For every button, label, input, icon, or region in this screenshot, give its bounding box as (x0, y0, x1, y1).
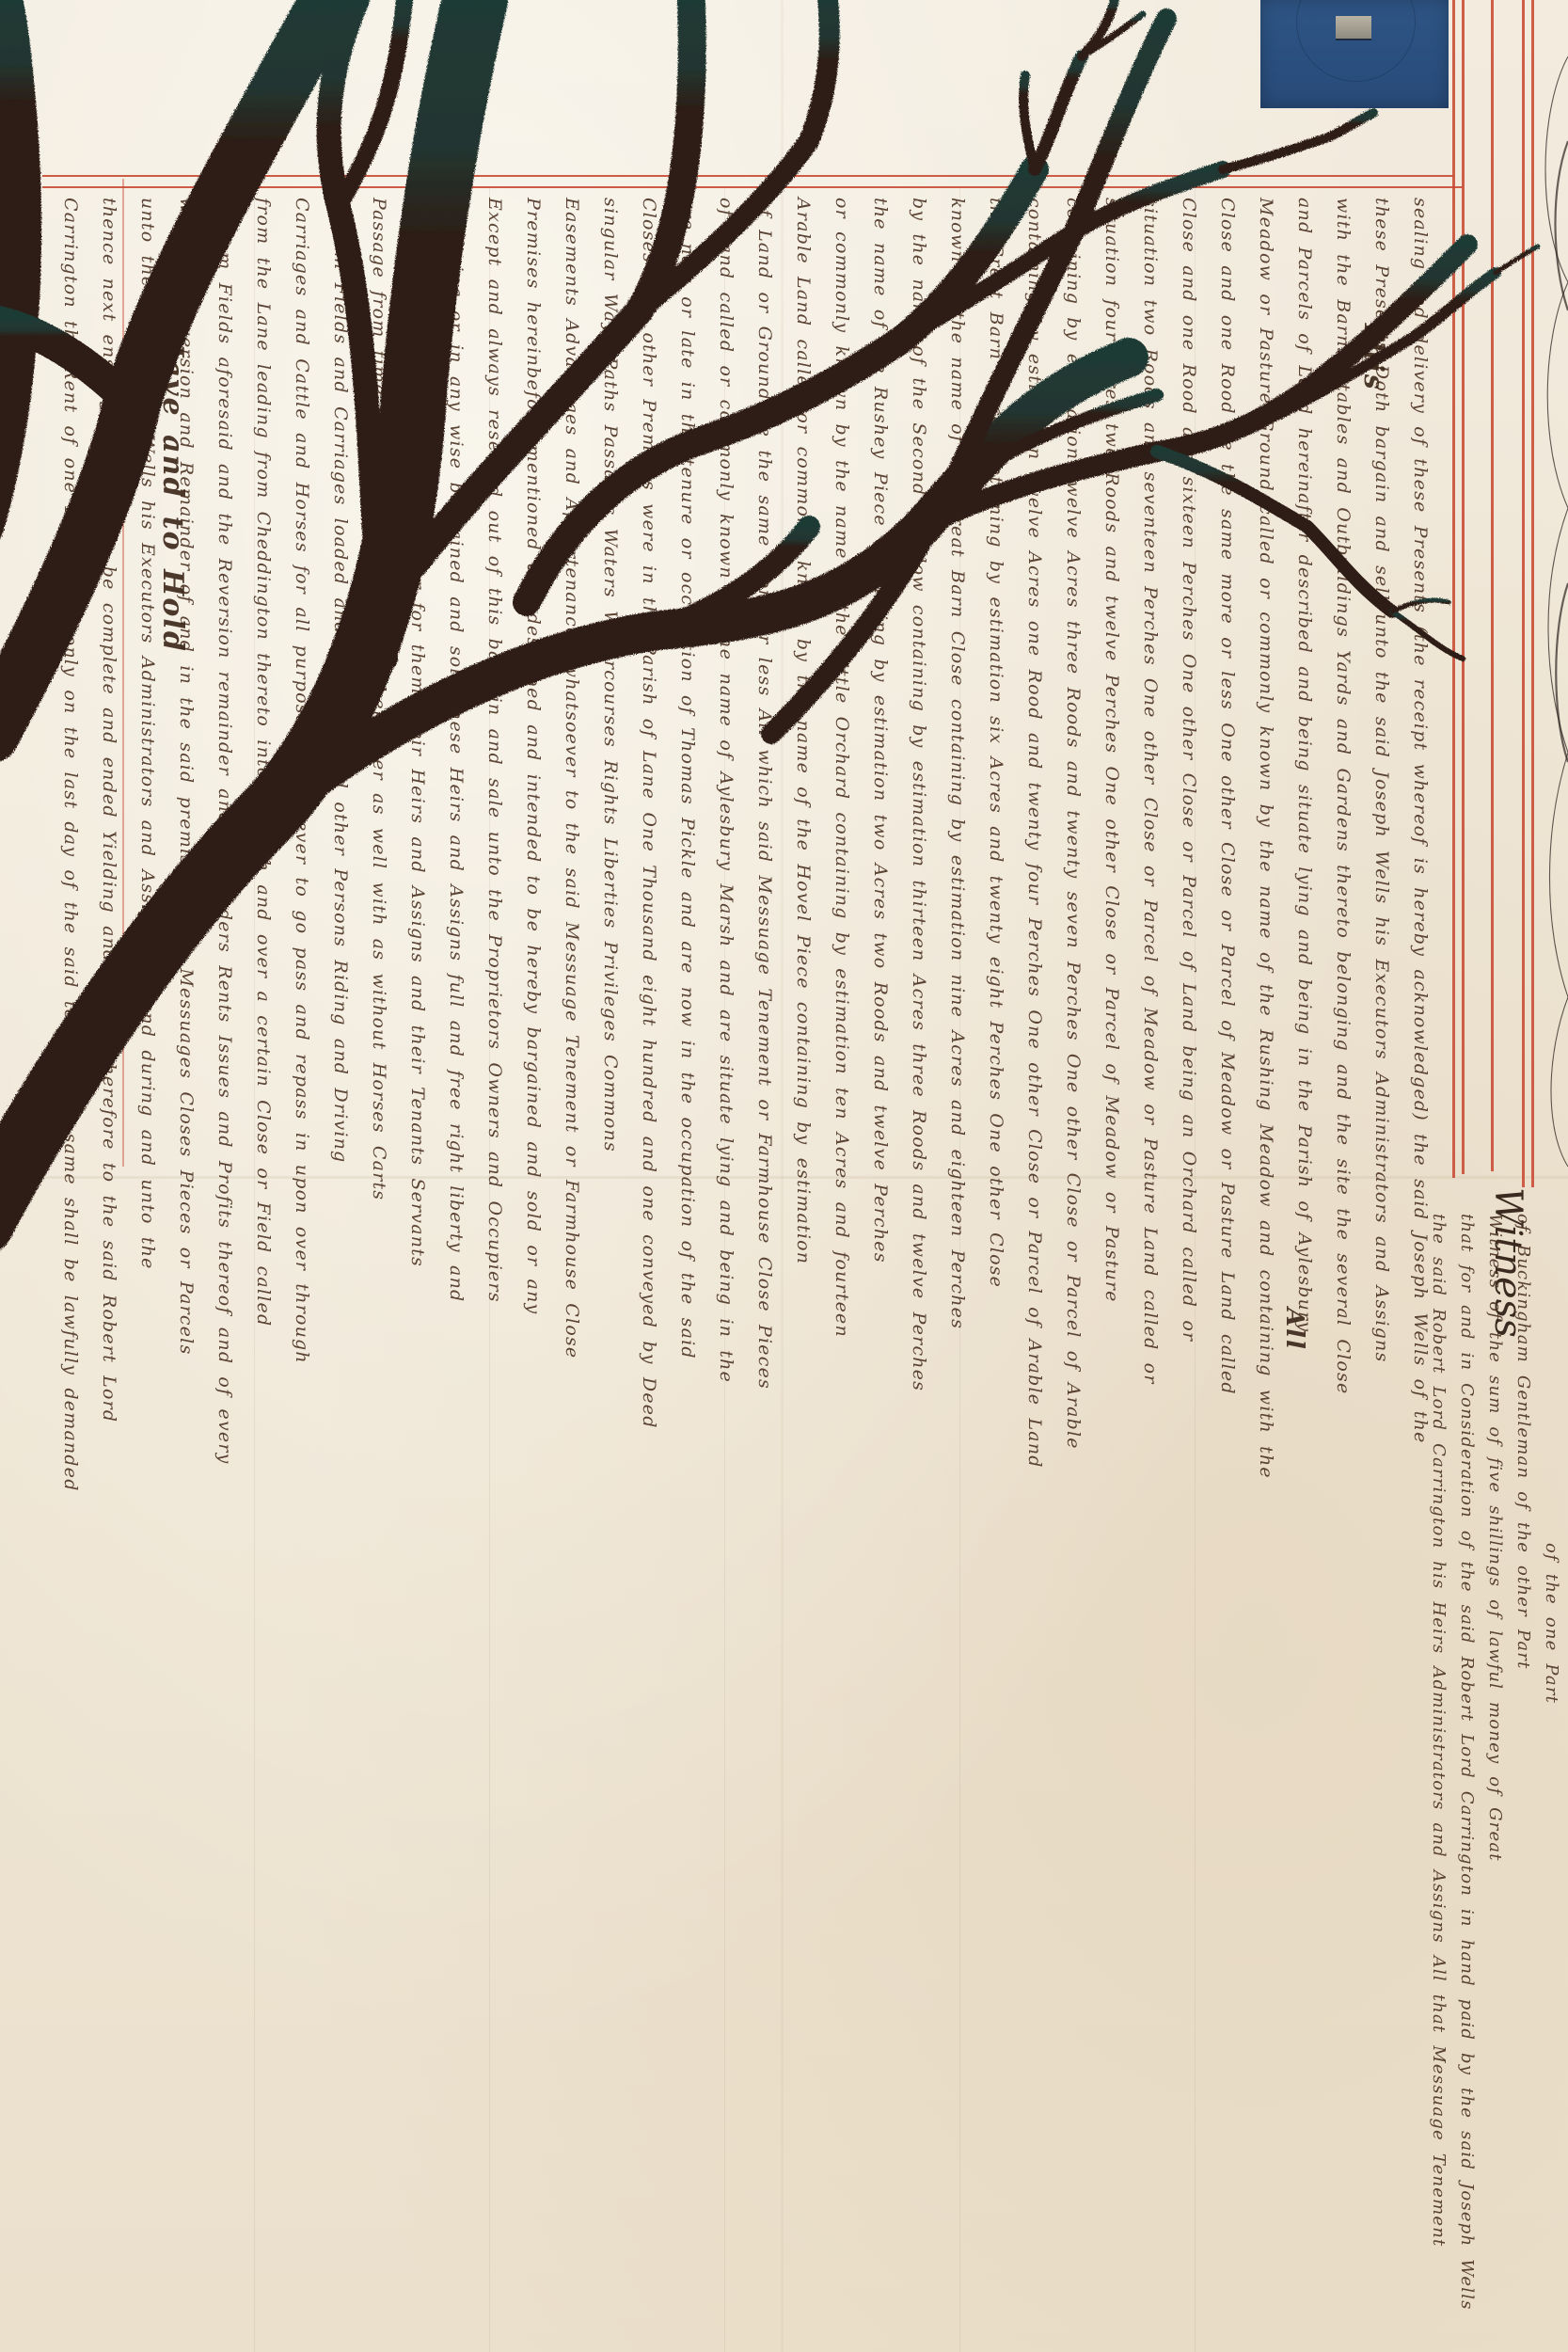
red-rule-vertical-1 (1452, 0, 1455, 1178)
deed-margin-line: that for and in Consideration of the sai… (1458, 1214, 1475, 2311)
deed-margin-line: of Buckingham Gentleman of the other Par… (1514, 1214, 1531, 1670)
deed-text-line: are now or late in the tenure or occupat… (678, 198, 696, 1359)
blue-seal (1260, 0, 1449, 108)
red-rule-top-2 (42, 186, 1463, 188)
deed-text-line: the Great Barn Close containing by estim… (987, 198, 1005, 1288)
deed-margin-line: Witness of the sum of five shillings of … (1486, 1214, 1503, 1862)
deed-text-line: Arable Land called or commonly known by … (794, 198, 812, 1264)
deed-text-line: Carrington the Rent of one Peppercorn on… (61, 198, 79, 1492)
deed-text-line: Except and always reserved out of this b… (485, 198, 503, 1303)
paper-fold-vertical (781, 0, 784, 2352)
calligraphy-flourish (1533, 0, 1568, 1176)
deed-text-line: thence next ensuing and fully to be comp… (100, 198, 118, 1422)
deed-text-line: containing by estimation twelve Acres th… (1064, 198, 1082, 1450)
deed-text-line: known by the name of the Great Barn Clos… (948, 198, 966, 1329)
seal-stamp-tab (1336, 16, 1371, 40)
deed-text-line: situation two Roods and seventeen Perche… (1141, 198, 1159, 1385)
deed-text-line: with the Barns Stables and Outbuildings … (1334, 198, 1352, 1394)
deed-text-line: situation four Acres two Roods and twelv… (1102, 198, 1120, 1303)
deed-text-line: Close and one Rood and sixteen Perches O… (1180, 198, 1197, 1342)
heading-to-have-and-to-hold: To Have and to Hold (158, 273, 186, 653)
deed-text-line: containing by estimation twelve Acres on… (1025, 198, 1043, 1469)
deed-text-line: singular Ways Paths Passages Waters Wate… (601, 198, 619, 1152)
red-rule-vertical-4 (1522, 0, 1525, 1187)
tree-limb-far-left (0, 0, 19, 527)
red-rule-top-1 (42, 175, 1453, 177)
deed-text-line: Passage from time to time and at all tim… (370, 198, 388, 1200)
deed-margin-line: of the one Part (1543, 1543, 1560, 1704)
seal-embossed-ring (1296, 0, 1416, 82)
deed-margin-line: the said Robert Lord Carrington his Heir… (1430, 1214, 1447, 2247)
deed-text-line: or commonly known by the name of the Lit… (832, 198, 850, 1338)
deed-text-line: Easements Advantages and Appurtenances w… (562, 198, 580, 1359)
deed-text-line: the name of the Rushey Piece containing … (871, 198, 889, 1263)
deed-text-line: Barns and Closes for ever hereafter for … (408, 198, 426, 1267)
red-rule-vertical-2 (1462, 0, 1465, 1174)
deed-text-line: Close and one Rood be the same more or l… (1218, 198, 1236, 1395)
heading-all: All (1282, 1308, 1307, 1351)
deed-text-line: Bottom Fields aforesaid and the Reversio… (215, 198, 233, 1465)
heading-this: This (1360, 320, 1386, 391)
deed-text-line: sealing and delivery of these Presents (… (1411, 198, 1429, 1444)
deed-text-line: Premises hereinbefore mentioned and desc… (524, 198, 542, 1314)
deed-text-line: Carriages and Cattle and Horses for all … (293, 198, 310, 1364)
deed-text-line: by the name of the Second Meadow contain… (910, 198, 927, 1391)
deed-text-line: Bottom Fields and Carriages loaded and u… (331, 198, 349, 1163)
deed-text-line: from the Lane leading from Cheddington t… (254, 198, 272, 1327)
deed-text-line: and Parcels of Land hereinafter describe… (1295, 198, 1313, 1332)
red-rule-left-faint (122, 179, 124, 1167)
deed-text-line: belonging or in any wise bargained and s… (447, 198, 465, 1302)
deed-text-line: of Land called or commonly known by the … (717, 198, 735, 1383)
deed-text-line: Closes with other Premises were in the P… (640, 198, 657, 1429)
artwork-canvas: Witness sealing and delivery of these Pr… (0, 0, 1568, 2352)
deed-text-line: of Land or Ground be the same more or le… (755, 198, 773, 1390)
deed-text-line: Meadow or Pasture Ground called or commo… (1257, 198, 1275, 1479)
red-rule-vertical-3 (1491, 0, 1494, 1171)
deed-text-line: unto the said Joseph Wells his Executors… (138, 198, 156, 1270)
